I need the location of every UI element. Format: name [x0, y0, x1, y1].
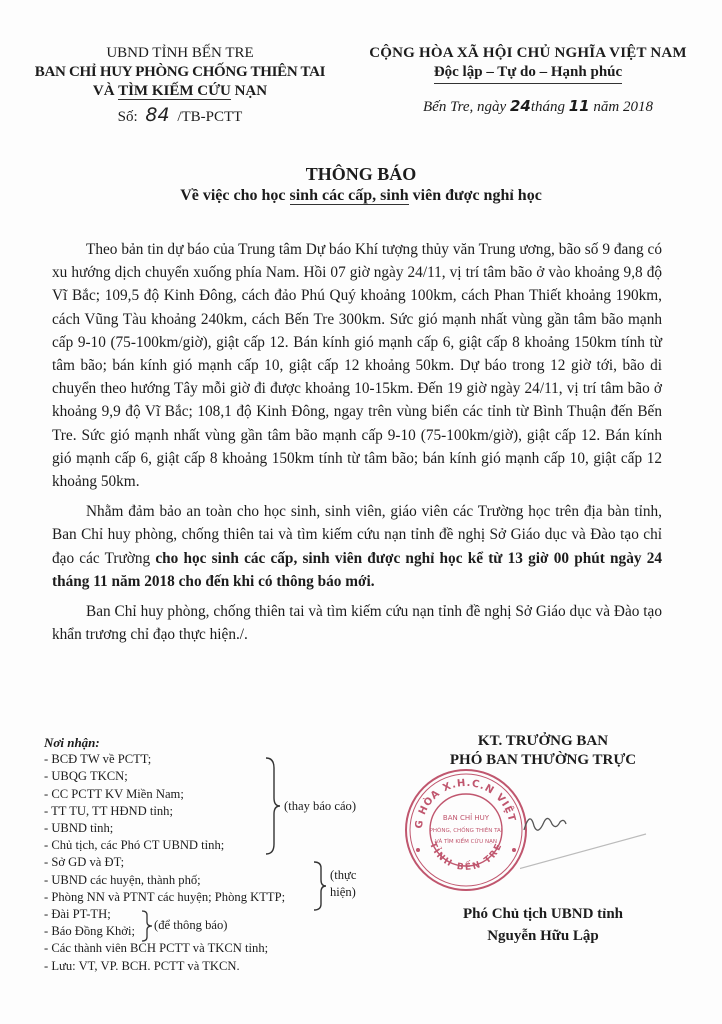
recipient-item: - UBND tỉnh;	[44, 820, 374, 837]
document-heading: THÔNG BÁO	[0, 163, 722, 185]
brace-report-icon	[262, 756, 282, 856]
recipient-item: - BCĐ TW về PCTT;	[44, 751, 374, 768]
recipients-list: Nơi nhận: - BCĐ TW về PCTT; - UBQG TKCN;…	[44, 734, 374, 975]
office-underlined: TÌM KIẾM CỨU	[118, 83, 231, 100]
note-report: (thay báo cáo)	[284, 798, 356, 814]
subject-prefix: Về việc cho học	[180, 187, 289, 204]
document-body: Theo bản tin dự báo của Trung tâm Dự báo…	[52, 238, 662, 653]
recipient-item: - Chủ tịch, các Phó CT UBND tỉnh;	[44, 837, 374, 854]
signer-position-line1: KT. TRƯỞNG BAN	[388, 732, 698, 751]
recipient-item: - Lưu: VT, VP. BCH. PCTT và TKCN.	[44, 958, 374, 975]
number-suffix: /TB-PCTT	[177, 109, 242, 125]
signer-name: Nguyễn Hữu Lập	[388, 925, 698, 947]
number-label: Số:	[118, 109, 138, 125]
office-suffix: NẠN	[231, 83, 267, 99]
paragraph-request: Ban Chỉ huy phòng, chống thiên tai và tì…	[52, 600, 662, 646]
svg-text:VÀ TÌM KIẾM CỨU NẠN: VÀ TÌM KIẾM CỨU NẠN	[435, 837, 497, 845]
recipients-heading: Nơi nhận:	[44, 734, 374, 751]
svg-text:TỈNH BẾN TRE: TỈNH BẾN TRE	[427, 841, 505, 873]
national-header-block: CỘNG HÒA XÃ HỘI CHỦ NGHĨA VIỆT NAM Độc l…	[358, 44, 698, 117]
date-day-handwritten: 24	[510, 97, 531, 115]
note-inform: (để thông báo)	[154, 917, 227, 933]
official-stamp-icon: CỘNG HÒA X.H.C.N VIỆT NAM TỈNH BẾN TRE B…	[402, 766, 530, 894]
handwritten-signature-icon	[520, 800, 650, 870]
issuing-authority-block: UBND TỈNH BẾN TRE BAN CHỈ HUY PHÒNG CHỐN…	[30, 44, 330, 128]
document-title-block: THÔNG BÁO Về việc cho học sinh các cấp, …	[0, 163, 722, 207]
office-name-line2: VÀ TÌM KIẾM CỨU NẠN	[30, 82, 330, 101]
signer-title: Phó Chủ tịch UBND tỉnh	[388, 903, 698, 925]
authority-name: UBND TỈNH BẾN TRE	[30, 44, 330, 63]
paragraph-decision: Nhằm đảm bảo an toàn cho học sinh, sinh …	[52, 500, 662, 593]
date-month-handwritten: 11	[569, 97, 590, 115]
national-motto: Độc lập – Tự do – Hạnh phúc	[434, 63, 622, 84]
office-prefix: VÀ	[93, 83, 118, 99]
subject-underlined: sinh các cấp, sinh	[290, 187, 409, 205]
document-number: Số: 84 /TB-PCTT	[30, 104, 330, 128]
nation-name: CỘNG HÒA XÃ HỘI CHỦ NGHĨA VIỆT NAM	[358, 44, 698, 63]
date-month-label: tháng	[531, 99, 565, 115]
brace-implement-icon	[312, 860, 328, 912]
brace-inform-icon	[140, 909, 154, 943]
svg-text:PHÒNG, CHỐNG THIÊN TAI: PHÒNG, CHỐNG THIÊN TAI	[430, 826, 503, 834]
note-implement-line1: (thực	[330, 867, 356, 883]
paragraph-forecast: Theo bản tin dự báo của Trung tâm Dự báo…	[52, 238, 662, 493]
issue-date: Bến Tre, ngày 24tháng 11 năm 2018	[358, 96, 698, 117]
svg-text:BAN CHỈ HUY: BAN CHỈ HUY	[443, 813, 490, 822]
date-year: năm 2018	[593, 99, 653, 115]
document-subject: Về việc cho học sinh các cấp, sinh viên …	[0, 185, 722, 207]
recipient-item: - UBQG TKCN;	[44, 768, 374, 785]
date-place: Bến Tre, ngày	[423, 99, 506, 115]
recipient-item: - Các thành viên BCH PCTT và TKCN tỉnh;	[44, 940, 374, 957]
subject-suffix: viên được nghỉ học	[409, 187, 542, 204]
number-value-handwritten: 84	[141, 104, 173, 126]
note-implement-line2: hiện)	[330, 884, 356, 900]
document-page: UBND TỈNH BẾN TRE BAN CHỈ HUY PHÒNG CHỐN…	[0, 0, 722, 1024]
office-name-line1: BAN CHỈ HUY PHÒNG CHỐNG THIÊN TAI	[30, 63, 330, 82]
